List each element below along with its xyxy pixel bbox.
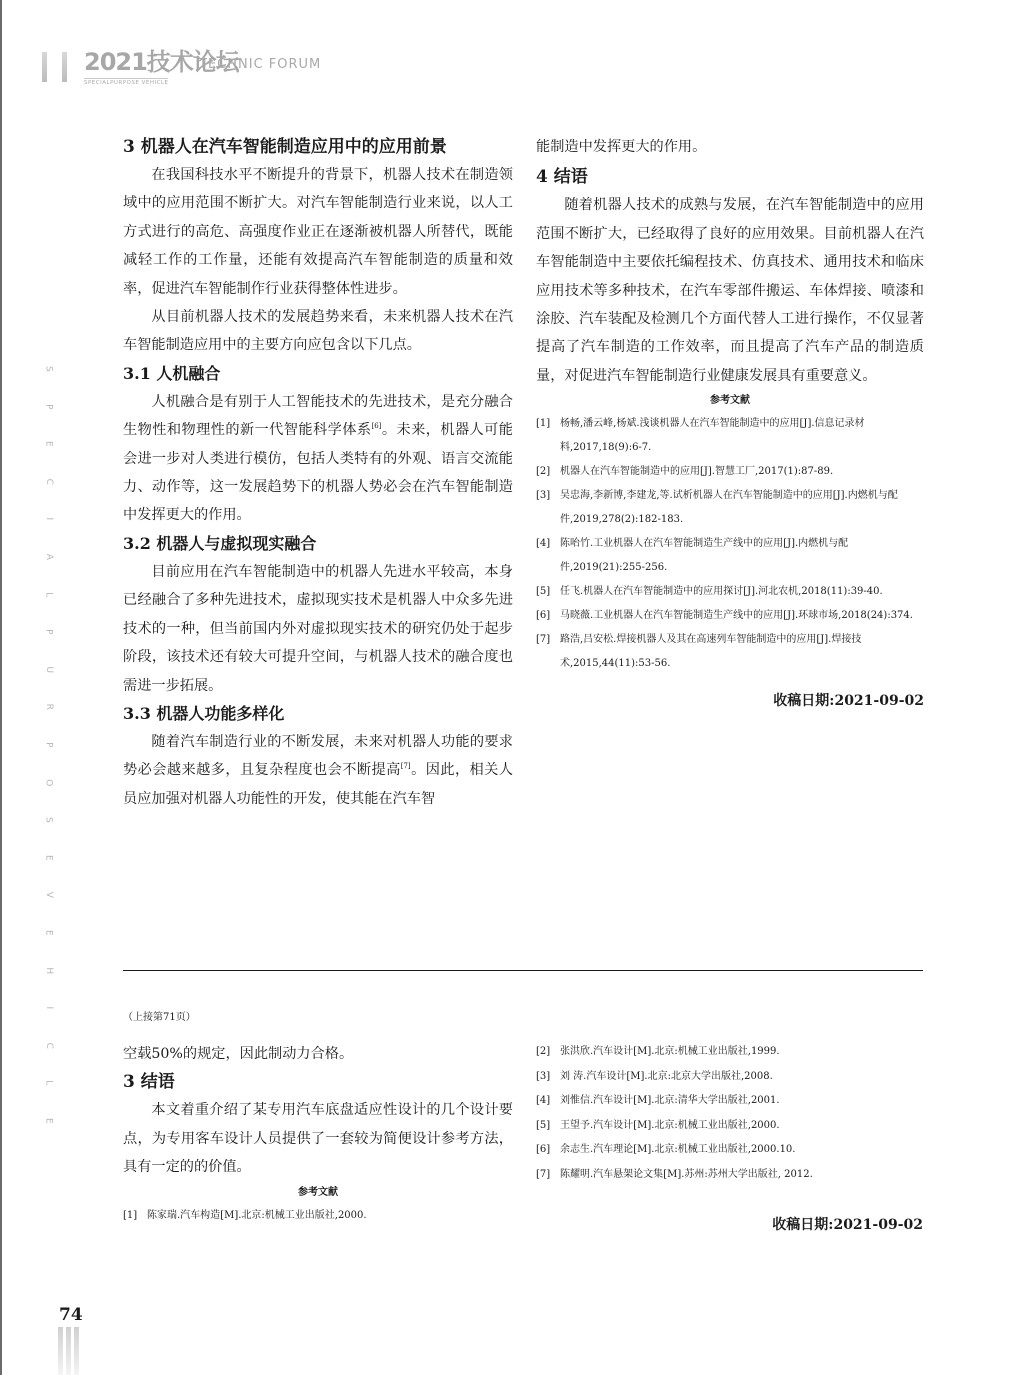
reference-item: [1]陈家瑞.汽车构造[M].北京:机械工业出版社,2000. [123, 1204, 513, 1228]
section-heading-3-2: 3.2 机器人与虚拟现实融合 [123, 530, 513, 558]
received-date: 收稿日期:2021-09-02 [723, 1214, 923, 1234]
reference-item: [3]吴忠海,李新博,李建龙,等.试析机器人在汽车智能制造中的应用[J].内燃机… [536, 484, 924, 532]
reference-item: [6]马晓薇.工业机器人在汽车智能制造生产线中的应用[J].环球市场,2018(… [536, 604, 924, 628]
page-edge [0, 0, 2, 1375]
section-heading-4: 4 结语 [536, 163, 924, 191]
article1-left-column: 3 机器人在汽车智能制造应用中的应用前景 在我国科技水平不断提升的背景下，机器人… [123, 133, 513, 813]
paragraph: 空载50%的规定，因此制动力合格。 [123, 1040, 513, 1068]
reference-item: [7]陈耀明.汽车悬架论文集[M].苏州:苏州大学出版社, 2012. [536, 1163, 924, 1188]
section-heading-3-1: 3.1 人机融合 [123, 360, 513, 388]
section-heading-3: 3 机器人在汽车智能制造应用中的应用前景 [123, 133, 513, 161]
references-title: 参考文献 [536, 392, 924, 410]
citation: [6] [372, 422, 382, 430]
received-date: 收稿日期:2021-09-02 [536, 686, 924, 716]
references-title: 参考文献 [123, 1184, 513, 1202]
reference-item: [6]余志生.汽车理论[M].北京:机械工业出版社,2000.10. [536, 1138, 924, 1163]
journal-logo-subtitle: SPECIALPURPOSE VEHICLE [84, 78, 168, 86]
section-heading-3-3: 3.3 机器人功能多样化 [123, 700, 513, 728]
article-divider [123, 970, 923, 971]
paragraph: 本文着重介绍了某专用汽车底盘适应性设计的几个设计要点，为专用客车设计人员提供了一… [123, 1096, 513, 1181]
paragraph: 能制造中发挥更大的作用。 [536, 133, 924, 161]
reference-item: [5]王望予.汽车设计[M].北京:机械工业出版社,2000. [536, 1114, 924, 1139]
article2-left-column: 空载50%的规定，因此制动力合格。 3 结语 本文着重介绍了某专用汽车底盘适应性… [123, 1040, 513, 1228]
paragraph: 从目前机器人技术的发展趋势来看，未来机器人技术在汽车智能制造应用中的主要方向应包… [123, 303, 513, 360]
article2-right-column: [2]张洪欣.汽车设计[M].北京:机械工业出版社,1999. [3]刘 涛.汽… [536, 1040, 924, 1187]
reference-item: [2]张洪欣.汽车设计[M].北京:机械工业出版社,1999. [536, 1040, 924, 1065]
reference-item: [2]机器人在汽车智能制造中的应用[J].智慧工厂,2017(1):87-89. [536, 460, 924, 484]
reference-item: [4]陈咍竹.工业机器人在汽车智能制造生产线中的应用[J].内燃机与配件,201… [536, 532, 924, 580]
citation: [7] [401, 762, 411, 770]
paragraph: 随着机器人技术的成熟与发展，在汽车智能制造中的应用范围不断扩大，已经取得了良好的… [536, 191, 924, 390]
paragraph: 人机融合是有别于人工智能技术的先进技术，是充分融合生物性和物理性的新一代智能科学… [123, 388, 513, 530]
section-heading-3: 3 结语 [123, 1068, 513, 1096]
reference-item: [7]路浩,吕安松.焊接机器人及其在高速列车智能制造中的应用[J].焊接技术,2… [536, 628, 924, 676]
reference-item: [3]刘 涛.汽车设计[M].北京:北京大学出版社,2008. [536, 1065, 924, 1090]
page-number: 74 [59, 1305, 83, 1325]
reference-item: [1]杨畅,潘云峰,杨斌.浅谈机器人在汽车智能制造中的应用[J].信息记录材料,… [536, 412, 924, 460]
paragraph: 目前应用在汽车智能制造中的机器人先进水平较高，本身已经融合了多种先进技术，虚拟现… [123, 558, 513, 700]
paragraph: 随着汽车制造行业的不断发展，未来对机器人功能的要求势必会越来越多，且复杂程度也会… [123, 728, 513, 813]
paragraph: 在我国科技水平不断提升的背景下，机器人技术在制造领域中的应用范围不断扩大。对汽车… [123, 161, 513, 303]
side-vertical-text: SPE CIA LPU RPO SEV EHI CLE [30, 350, 44, 1139]
reference-item: [4]刘惟信.汽车设计[M].北京:清华大学出版社,2001. [536, 1089, 924, 1114]
continued-from-note: （上接第71页） [123, 1008, 196, 1023]
article1-right-column: 能制造中发挥更大的作用。 4 结语 随着机器人技术的成熟与发展，在汽车智能制造中… [536, 133, 924, 716]
reference-item: [5]任飞.机器人在汽车智能制造中的应用探讨[J].河北农机,2018(11):… [536, 580, 924, 604]
journal-logo-english: TECHNIC FORUM [199, 57, 321, 72]
